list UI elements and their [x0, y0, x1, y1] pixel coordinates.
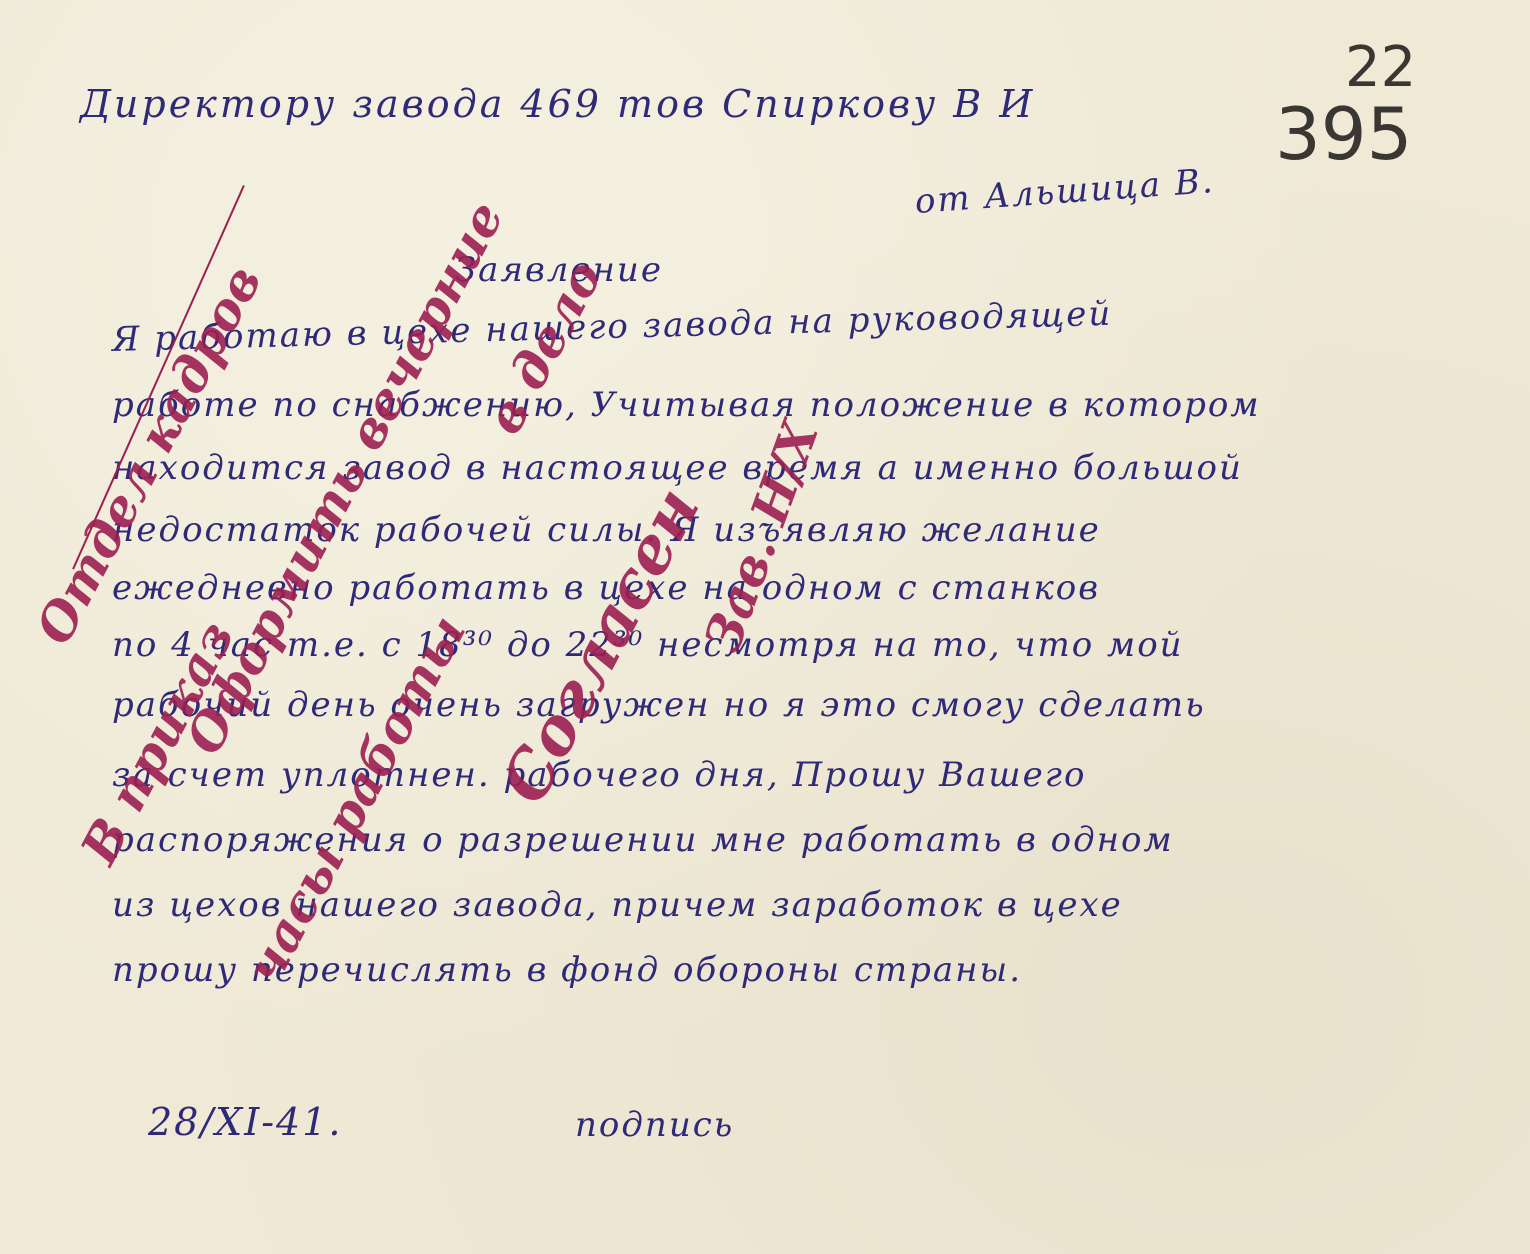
- body-line-7: рабочий день очень загружен но я это смо…: [112, 685, 1206, 725]
- archive-number-bottom: 395: [1275, 98, 1412, 170]
- body-line-4: недостаток рабочей силы. Я изъявляю жела…: [112, 510, 1101, 550]
- body-line-3: находится завод в настоящее время а имен…: [112, 448, 1243, 488]
- archive-number-top: 22: [1345, 40, 1416, 96]
- addressee-line: Директору завода 469 тов Спиркову В И: [80, 82, 1035, 126]
- date: 28/XI-41.: [148, 1100, 343, 1144]
- signature: подпись: [575, 1105, 734, 1145]
- body-line-9: распоряжения о разрешении мне работать в…: [112, 820, 1174, 860]
- body-line-8: за счет уплотнен. рабочего дня, Прошу Ва…: [112, 755, 1086, 795]
- body-line-2: работе по снабжению, Учитывая положение …: [112, 385, 1261, 425]
